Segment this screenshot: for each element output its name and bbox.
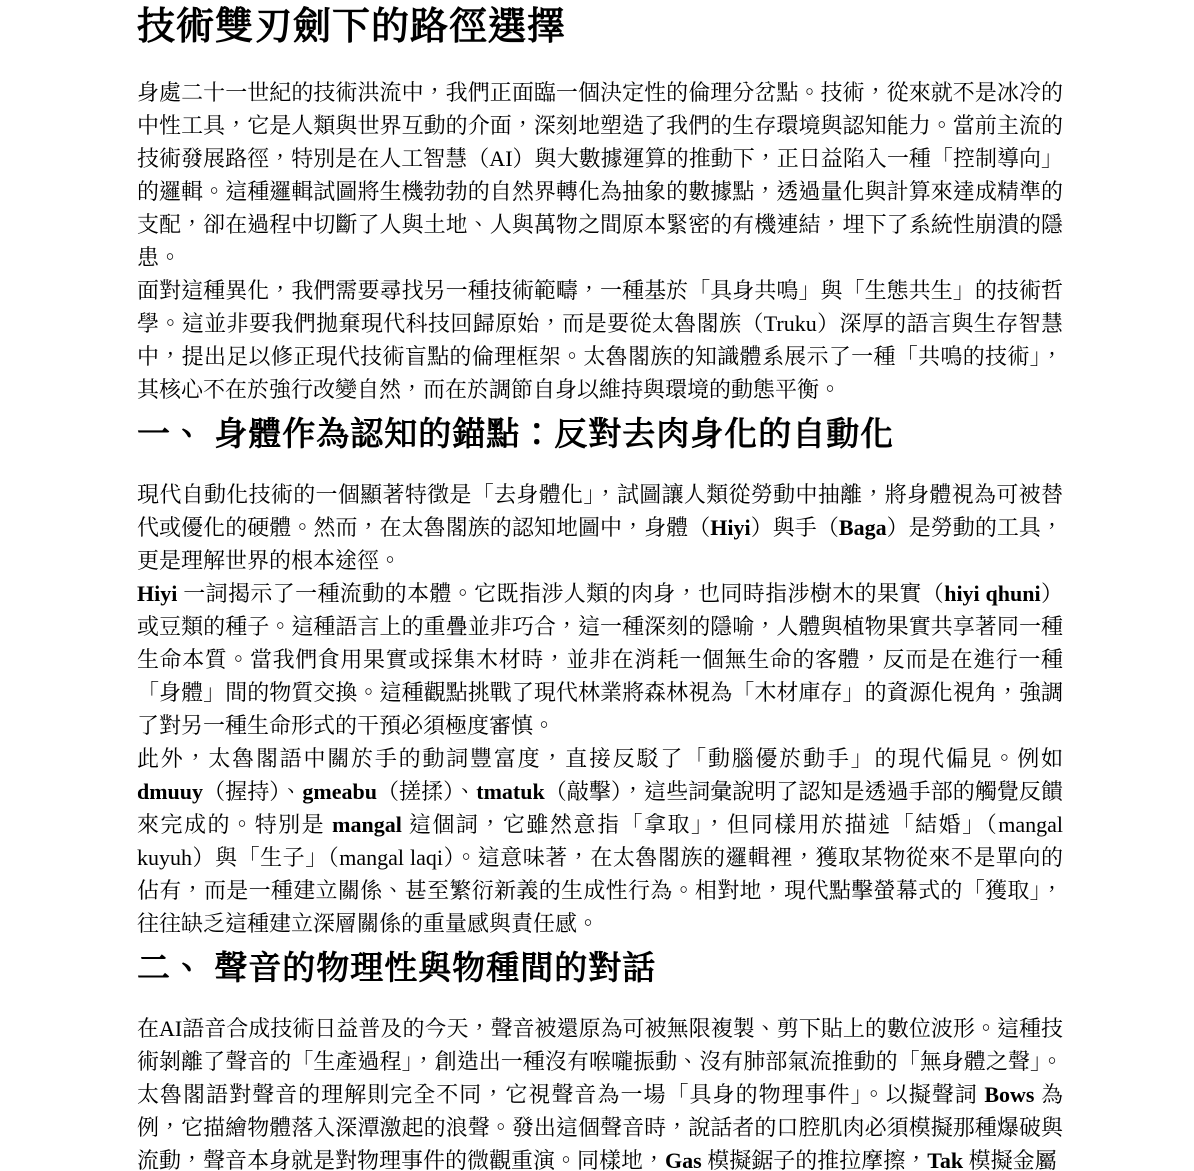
article-body: 身處二十一世紀的技術洪流中，我們正面臨一個決定性的倫理分岔點。技術，從來就不是冰… <box>137 76 1063 1171</box>
term: Hiyi <box>710 515 750 540</box>
body-paragraph: 身處二十一世紀的技術洪流中，我們正面臨一個決定性的倫理分岔點。技術，從來就不是冰… <box>137 76 1063 274</box>
term: tmatuk <box>476 779 544 804</box>
body-paragraph: 現代自動化技術的一個顯著特徵是「去身體化」，試圖讓人類從勞動中抽離，將身體視為可… <box>137 478 1063 577</box>
term: gmeabu <box>302 779 377 804</box>
text-run: ）與手（ <box>751 515 839 540</box>
body-paragraph: 在AI語音合成技術日益普及的今天，聲音被還原為可被無限複製、剪下貼上的數位波形。… <box>137 1012 1063 1171</box>
term: Bows <box>984 1082 1034 1107</box>
term: Gas <box>665 1148 702 1171</box>
text-run: 一詞揭示了一種流動的本體。它既指涉人類的肉身，也同時指涉樹木的果實（ <box>177 581 944 606</box>
text-run: 身處二十一世紀的技術洪流中，我們正面臨一個決定性的倫理分岔點。技術，從來就不是冰… <box>137 80 1063 270</box>
text-run: （握持）、 <box>203 779 302 804</box>
section-heading: 二、 聲音的物理性與物種間的對話 <box>137 948 1063 990</box>
body-paragraph: 此外，太魯閣語中關於手的動詞豐富度，直接反駁了「動腦優於動手」的現代偏見。例如 … <box>137 742 1063 940</box>
document-title: 技術雙刃劍下的路徑選擇 <box>137 4 1063 52</box>
section-heading: 一、 身體作為認知的錨點：反對去肉身化的自動化 <box>137 414 1063 456</box>
term: Baga <box>839 515 887 540</box>
term: dmuuy <box>137 779 203 804</box>
document-page: 技術雙刃劍下的路徑選擇 身處二十一世紀的技術洪流中，我們正面臨一個決定性的倫理分… <box>0 0 1194 1171</box>
body-paragraph: Hiyi 一詞揭示了一種流動的本體。它既指涉人類的肉身，也同時指涉樹木的果實（h… <box>137 577 1063 742</box>
term: hiyi qhuni <box>944 581 1040 606</box>
body-paragraph: 面對這種異化，我們需要尋找另一種技術範疇，一種基於「具身共鳴」與「生態共生」的技… <box>137 274 1063 406</box>
text-run: 此外，太魯閣語中關於手的動詞豐富度，直接反駁了「動腦優於動手」的現代偏見。例如 <box>137 746 1063 771</box>
text-run: 模擬鋸子的推拉摩擦， <box>702 1148 928 1171</box>
term: Hiyi <box>137 581 177 606</box>
text-run: 在AI語音合成技術日益普及的今天，聲音被還原為可被無限複製、剪下貼上的數位波形。… <box>137 1016 1063 1107</box>
term: Tak <box>927 1148 963 1171</box>
term: mangal <box>332 812 402 837</box>
text-run: 模擬金屬 <box>963 1148 1057 1171</box>
text-run: （搓揉）、 <box>377 779 476 804</box>
text-run: 面對這種異化，我們需要尋找另一種技術範疇，一種基於「具身共鳴」與「生態共生」的技… <box>137 278 1063 402</box>
